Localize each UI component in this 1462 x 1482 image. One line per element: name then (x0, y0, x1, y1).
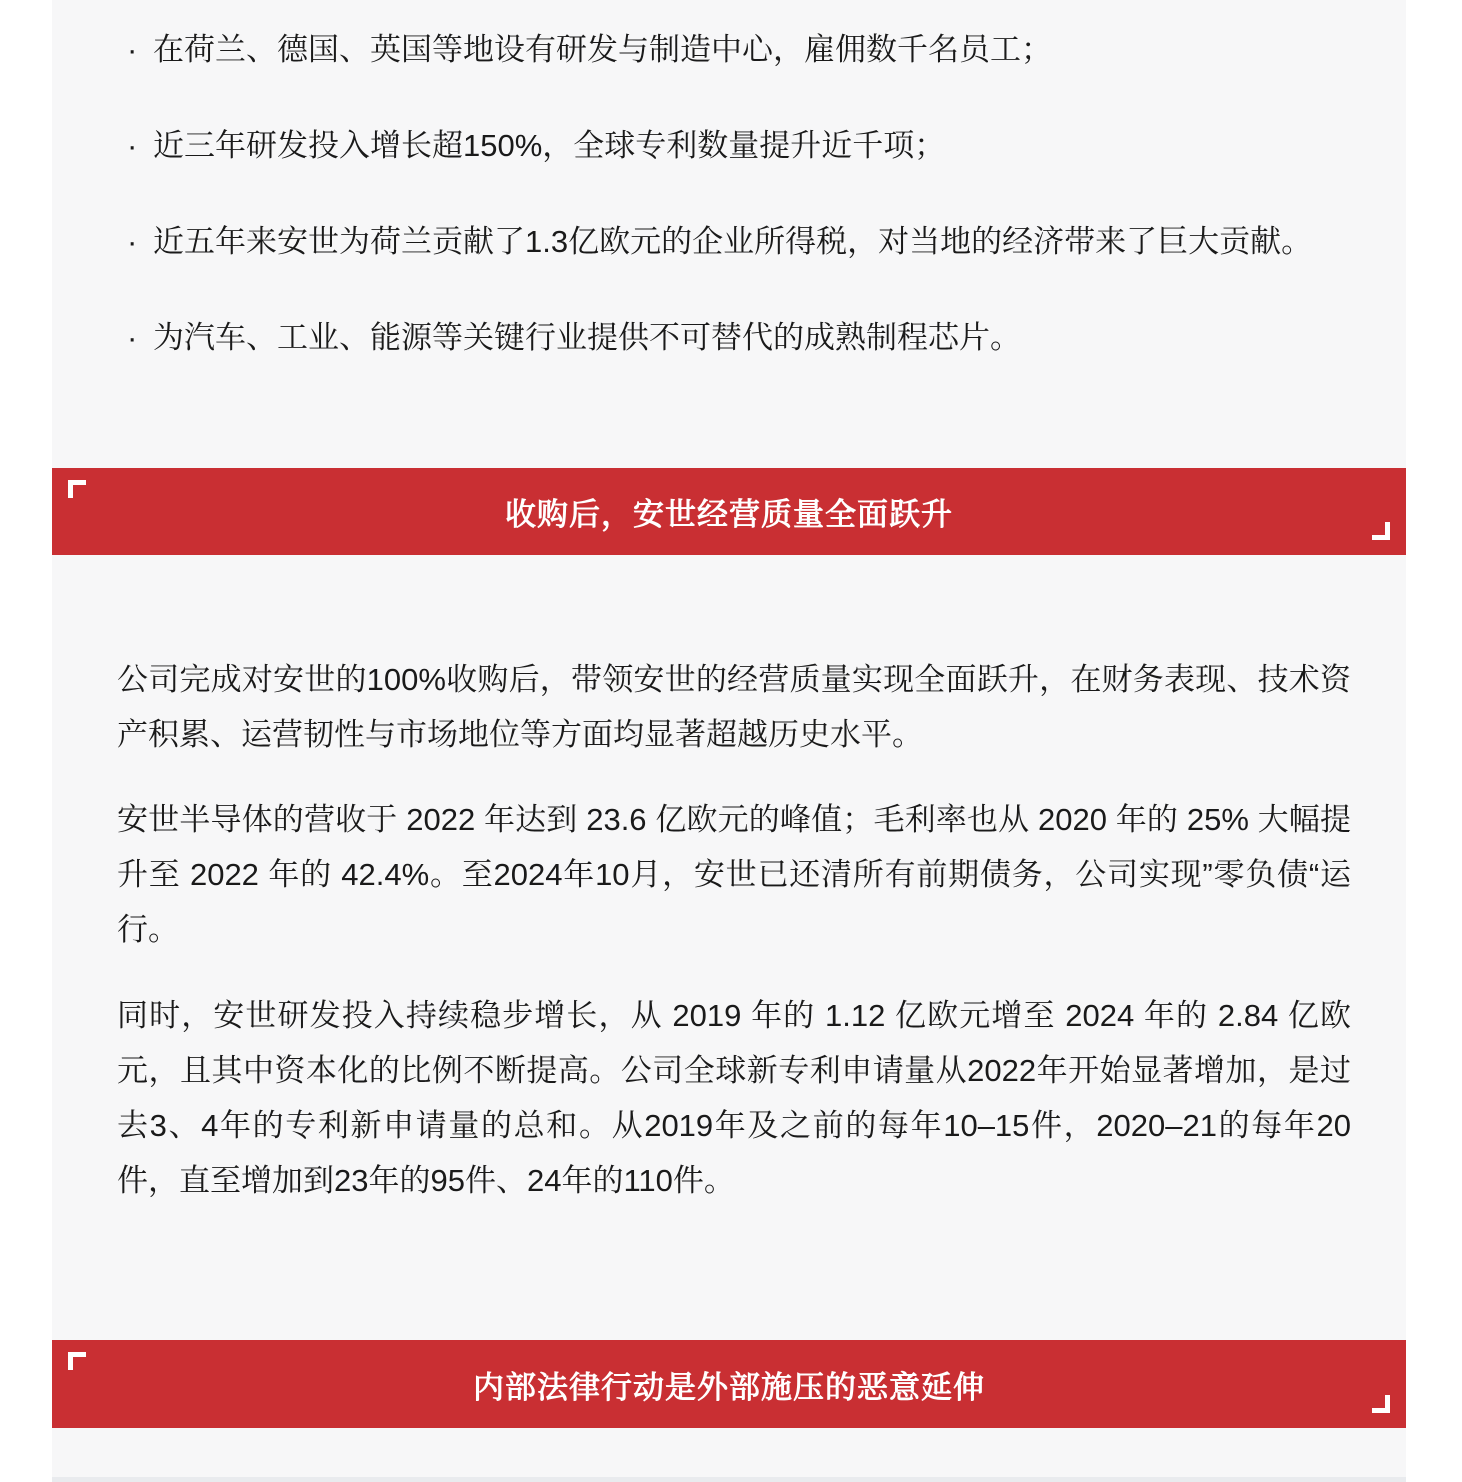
section-header-legal-action: 内部法律行动是外部施压的恶意延伸 (52, 1340, 1406, 1428)
article-page: · 在荷兰、德国、英国等地设有研发与制造中心，雇佣数千名员工； · 近三年研发投… (0, 0, 1462, 1482)
paragraph: 安世半导体的营收于 2022 年达到 23.6 亿欧元的峰值；毛利率也从 202… (117, 792, 1351, 957)
bullet-text: 在荷兰、德国、英国等地设有研发与制造中心，雇佣数千名员工； (153, 28, 1052, 72)
corner-bracket-top-left-icon (68, 480, 86, 498)
footer-divider (52, 1477, 1406, 1482)
bullet-text: 为汽车、工业、能源等关键行业提供不可替代的成熟制程芯片。 (153, 316, 1021, 360)
corner-bracket-top-left-icon (68, 1352, 86, 1370)
bullet-marker: · (127, 220, 153, 264)
list-item: · 近三年研发投入增长超150%，全球专利数量提升近千项； (127, 124, 1367, 168)
list-item: · 近五年来安世为荷兰贡献了1.3亿欧元的企业所得税，对当地的经济带来了巨大贡献… (127, 220, 1367, 264)
corner-bracket-bottom-right-icon (1372, 522, 1390, 540)
section-title: 收购后，安世经营质量全面跃升 (505, 489, 953, 534)
bullet-marker: · (127, 28, 153, 72)
list-item: · 在荷兰、德国、英国等地设有研发与制造中心，雇佣数千名员工； (127, 28, 1367, 72)
list-item: · 为汽车、工业、能源等关键行业提供不可替代的成熟制程芯片。 (127, 316, 1367, 360)
bullet-text: 近五年来安世为荷兰贡献了1.3亿欧元的企业所得税，对当地的经济带来了巨大贡献。 (153, 220, 1312, 264)
corner-bracket-bottom-right-icon (1372, 1395, 1390, 1413)
paragraph: 公司完成对安世的100%收购后，带领安世的经营质量实现全面跃升，在财务表现、技术… (117, 652, 1351, 762)
bullet-text: 近三年研发投入增长超150%，全球专利数量提升近千项； (153, 124, 945, 168)
bullet-marker: · (127, 124, 153, 168)
paragraph: 同时，安世研发投入持续稳步增长，从 2019 年的 1.12 亿欧元增至 202… (117, 988, 1351, 1208)
bullet-marker: · (127, 316, 153, 360)
section-header-operating-quality: 收购后，安世经营质量全面跃升 (52, 468, 1406, 555)
section-title: 内部法律行动是外部施压的恶意延伸 (473, 1362, 985, 1407)
